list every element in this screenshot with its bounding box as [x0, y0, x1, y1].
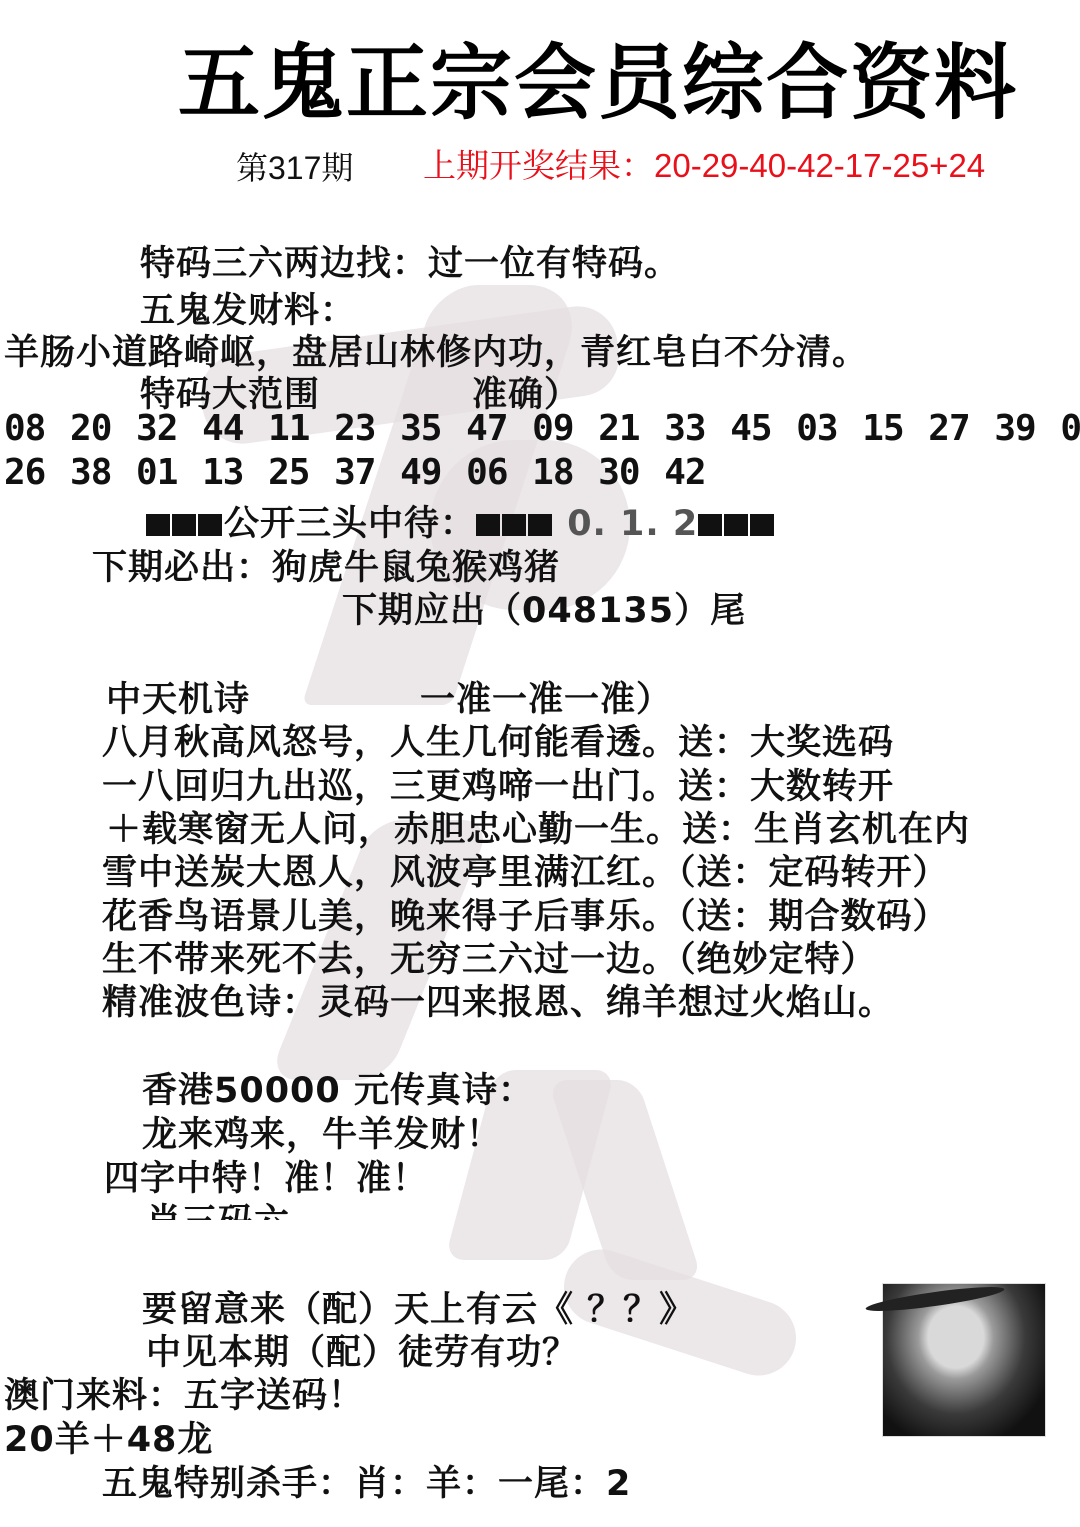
special-code-hint: 特码三六两边找：过一位有特码。: [140, 236, 680, 286]
poem-line: 八月秋高风怒号，人生几何能看透。送：大奖选码: [102, 715, 894, 765]
fax-line-cut: 肖三码六: [146, 1194, 290, 1220]
last-result: 上期开奖结果：20-29-40-42-17-25+24: [423, 140, 985, 187]
page-title: 五鬼正宗会员综合资料: [178, 18, 1018, 135]
hat-brim: [865, 1282, 1006, 1315]
portrait-photo: [882, 1283, 1046, 1437]
fortune-verse: 羊肠小道路崎岖，盘居山林修内功，青红皂白不分清。: [4, 325, 868, 375]
poem-line: 雪中送炭大恩人，风波亭里满江红。（送：定码转开）: [102, 845, 949, 895]
special-killer: 五鬼特别杀手：肖：羊：一尾：2: [102, 1456, 631, 1506]
range-numbers-row-2: 26 38 01 13 25 37 49 06 18 30 42: [4, 452, 706, 493]
redacted-bars: [698, 504, 776, 544]
redacted-bars: [146, 504, 224, 544]
macau-heading: 澳门来料：五字送码！: [4, 1368, 364, 1418]
fax-line: 龙来鸡来，牛羊发财！: [142, 1107, 502, 1157]
macau-numbers: 20羊＋48龙: [4, 1412, 213, 1462]
three-head-label: 公开三头中待：: [224, 504, 476, 544]
last-result-label: 上期开奖结果：: [423, 147, 654, 184]
fax-heading: 香港50000 元传真诗：: [142, 1063, 534, 1113]
last-result-numbers: 20-29-40-42-17-25+24: [654, 147, 985, 184]
three-head-line: 公开三头中待： 0. 1. 2: [146, 496, 776, 546]
tail-out: 下期应出（048135）尾: [342, 583, 746, 633]
three-head-value: 0. 1. 2: [567, 504, 698, 544]
issue-number: 第317期: [236, 143, 353, 189]
redacted-bars: [476, 504, 554, 544]
range-numbers-row-1: 08 20 32 44 11 23 35 47 09 21 33 45 03 1…: [4, 408, 1080, 449]
poem-line: 精准波色诗：灵码一四来报恩、绵羊想过火焰山。: [102, 975, 894, 1025]
